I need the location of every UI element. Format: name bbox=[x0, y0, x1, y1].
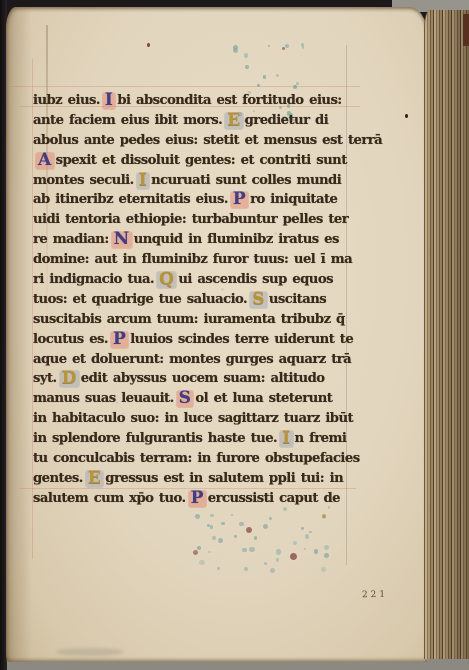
speckle-dot bbox=[233, 45, 238, 50]
speckle-dot bbox=[218, 538, 223, 543]
illuminated-initial: E bbox=[86, 471, 103, 487]
text-line: abolus ante pedes eius: stetit et mensus… bbox=[33, 131, 359, 151]
speckle-dot bbox=[197, 546, 202, 551]
text-line: domine: aut in fluminibz furor tuus: uel… bbox=[33, 250, 359, 270]
speckle-dot bbox=[269, 517, 273, 521]
speckle-dot bbox=[244, 53, 249, 58]
speckle-dot bbox=[193, 550, 198, 555]
illuminated-initial: S bbox=[177, 391, 194, 407]
line-text-before: re madian: bbox=[33, 232, 109, 247]
text-line: manus suas leuauit.Sol et luna steterunt bbox=[33, 389, 359, 409]
text-line: tuos: et quadrige tue saluacio.Suscitans bbox=[33, 290, 359, 310]
manuscript-photo: iubz eius.Ibi abscondita est fortitudo e… bbox=[0, 0, 469, 670]
text-line: iubz eius.Ibi abscondita est fortitudo e… bbox=[33, 91, 359, 111]
text-block: iubz eius.Ibi abscondita est fortitudo e… bbox=[33, 91, 359, 509]
speckle-dot bbox=[212, 536, 216, 540]
speckle-dot bbox=[210, 525, 214, 529]
speckle-dot bbox=[208, 551, 210, 553]
speckle-dot bbox=[276, 558, 279, 561]
line-text-before: aque et doluerunt: montes gurges aquarz … bbox=[33, 352, 351, 367]
pencil-inscription bbox=[56, 648, 124, 656]
text-line: aque et doluerunt: montes gurges aquarz … bbox=[33, 350, 359, 370]
speckle-dot bbox=[242, 548, 247, 553]
line-text-before: tu conculcabis terram: in furore obstupe… bbox=[33, 451, 360, 466]
text-line: montes seculi.Incuruati sunt colles mund… bbox=[33, 171, 359, 191]
text-line: in splendore fulgurantis haste tue.In fr… bbox=[33, 429, 359, 449]
line-text-before: locutus es. bbox=[33, 332, 108, 347]
line-text-after: n fremi bbox=[295, 431, 347, 446]
text-line: uidi tentoria ethiopie: turbabuntur pell… bbox=[33, 210, 359, 230]
text-line: syt.Dedit abyssus uocem suam: altitudo bbox=[33, 369, 359, 389]
speckle-dot bbox=[234, 535, 237, 538]
speckle-dot bbox=[239, 522, 244, 527]
line-text-before: ri indignacio tua. bbox=[33, 272, 154, 287]
manuscript-page: iubz eius.Ibi abscondita est fortitudo e… bbox=[6, 7, 427, 662]
line-text-after: edit abyssus uocem suam: altitudo bbox=[81, 371, 325, 386]
speckle-dot bbox=[324, 553, 329, 558]
ruling-line-top bbox=[10, 86, 360, 87]
speckle-dot bbox=[309, 531, 311, 533]
ink-speck bbox=[405, 114, 408, 118]
speckle-dot bbox=[285, 44, 289, 48]
speckle-dot bbox=[210, 514, 214, 518]
folio-number: 221 bbox=[352, 590, 398, 601]
text-line: suscitabis arcum tuum: iuramenta tribubz… bbox=[33, 310, 359, 330]
text-line: locutus es.Pluuios scindes terre uiderun… bbox=[33, 330, 359, 350]
speckle-dot bbox=[245, 65, 249, 69]
speckle-dot bbox=[293, 541, 297, 545]
speckle-dot bbox=[304, 548, 306, 550]
line-text-before: uidi tentoria ethiopie: turbabuntur pell… bbox=[33, 212, 348, 227]
speckle-dot bbox=[231, 514, 233, 516]
illuminated-initial: P bbox=[231, 192, 248, 208]
speckle-dot bbox=[314, 549, 318, 553]
line-text-before: tuos: et quadrige tue saluacio. bbox=[33, 292, 247, 307]
line-text-before: manus suas leuauit. bbox=[33, 391, 174, 406]
speckle-dot bbox=[290, 553, 297, 560]
line-text-before: abolus ante pedes eius: stetit et mensus… bbox=[33, 133, 382, 148]
text-line: gentes.Egressus est in salutem ppli tui:… bbox=[33, 469, 359, 489]
line-text-after: ol et luna steterunt bbox=[195, 391, 332, 406]
line-text-before: domine: aut in fluminibz furor tuus: uel… bbox=[33, 252, 352, 267]
text-line: ab itineribz eternitatis eius.Pro iniqui… bbox=[33, 190, 359, 210]
line-text-before: suscitabis arcum tuum: iuramenta tribubz… bbox=[33, 312, 345, 327]
line-text-after: spexit et dissoluit gentes: et contriti … bbox=[56, 153, 347, 168]
line-text-after: gredietur di bbox=[245, 113, 329, 128]
illuminated-initial: P bbox=[111, 332, 128, 348]
illuminated-initial: I bbox=[137, 173, 149, 189]
text-line: ri indignacio tua.Qui ascendis sup equos bbox=[33, 270, 359, 290]
speckle-dot bbox=[263, 75, 266, 78]
speckle-dot bbox=[254, 536, 258, 540]
speckle-dot bbox=[276, 549, 281, 554]
line-text-before: gentes. bbox=[33, 471, 83, 486]
line-text-before: ante faciem eius ibit mors. bbox=[33, 113, 222, 128]
line-text-after: ui ascendis sup equos bbox=[178, 272, 333, 287]
speckle-dot bbox=[249, 547, 254, 552]
speckle-dot bbox=[257, 84, 260, 87]
illuminated-initial: D bbox=[60, 371, 79, 387]
speckle-dot bbox=[221, 522, 225, 526]
line-text-before: syt. bbox=[33, 371, 57, 386]
line-text-before: salutem cum xp̄o tuo. bbox=[33, 491, 186, 506]
line-text-after: ro iniquitate bbox=[250, 192, 337, 207]
text-line: in habitaculo suo: in luce sagittarz tua… bbox=[33, 409, 359, 429]
book-cover-edge bbox=[463, 14, 469, 46]
speckle-dot bbox=[246, 527, 252, 533]
text-line: salutem cum xp̄o tuo.Percussisti caput d… bbox=[33, 489, 359, 509]
illuminated-initial: P bbox=[189, 491, 206, 507]
line-text-before: in splendore fulgurantis haste tue. bbox=[33, 431, 277, 446]
speckle-dot bbox=[305, 534, 310, 539]
illuminated-initial: I bbox=[280, 431, 292, 447]
speckle-dot bbox=[322, 514, 326, 518]
speckle-dot bbox=[217, 567, 220, 570]
illuminated-initial: Q bbox=[157, 272, 176, 288]
line-text-before: ab itineribz eternitatis eius. bbox=[33, 192, 228, 207]
text-line: Aspexit et dissoluit gentes: et contriti… bbox=[33, 151, 359, 171]
line-text-after: luuios scindes terre uiderunt te bbox=[130, 332, 353, 347]
speckle-dot bbox=[244, 567, 248, 571]
speckle-dot bbox=[321, 567, 326, 572]
illuminated-initial: A bbox=[36, 153, 54, 169]
speckle-dot bbox=[270, 568, 275, 573]
text-line: re madian:Nunquid in fluminibz iratus es bbox=[33, 230, 359, 250]
line-text-after: ercussisti caput de bbox=[208, 491, 340, 506]
speckle-dot bbox=[264, 562, 267, 565]
text-line: ante faciem eius ibit mors.Egredietur di bbox=[33, 111, 359, 131]
speckle-dot bbox=[294, 85, 297, 88]
illuminated-initial: E bbox=[225, 113, 242, 129]
line-text-before: iubz eius. bbox=[33, 93, 100, 108]
illuminated-initial: N bbox=[112, 232, 132, 248]
speckle-dot bbox=[324, 545, 329, 550]
line-text-after: gressus est in salutem ppli tui: in bbox=[105, 471, 343, 486]
speckle-dot bbox=[195, 514, 200, 519]
speckle-dot bbox=[276, 74, 279, 77]
speckle-dot bbox=[282, 47, 285, 50]
illuminated-initial: S bbox=[250, 292, 267, 308]
line-text-before: montes seculi. bbox=[33, 173, 134, 188]
speckle-dot bbox=[268, 45, 270, 47]
line-text-before: in habitaculo suo: in luce sagittarz tua… bbox=[33, 411, 353, 426]
line-text-after: ncuruati sunt colles mundi bbox=[151, 173, 341, 188]
fore-edge-page-stack bbox=[424, 10, 469, 659]
red-speck bbox=[147, 43, 150, 47]
speckle-dot bbox=[263, 524, 268, 529]
speckle-dot bbox=[301, 527, 304, 530]
line-text-after: bi abscondita est fortitudo eius: bbox=[117, 93, 341, 108]
text-line: tu conculcabis terram: in furore obstupe… bbox=[33, 449, 359, 469]
line-text-after: uscitans bbox=[269, 292, 326, 307]
speckle-dot bbox=[199, 560, 204, 565]
line-text-after: unquid in fluminibz iratus es bbox=[134, 232, 339, 247]
illuminated-initial: I bbox=[103, 93, 115, 109]
